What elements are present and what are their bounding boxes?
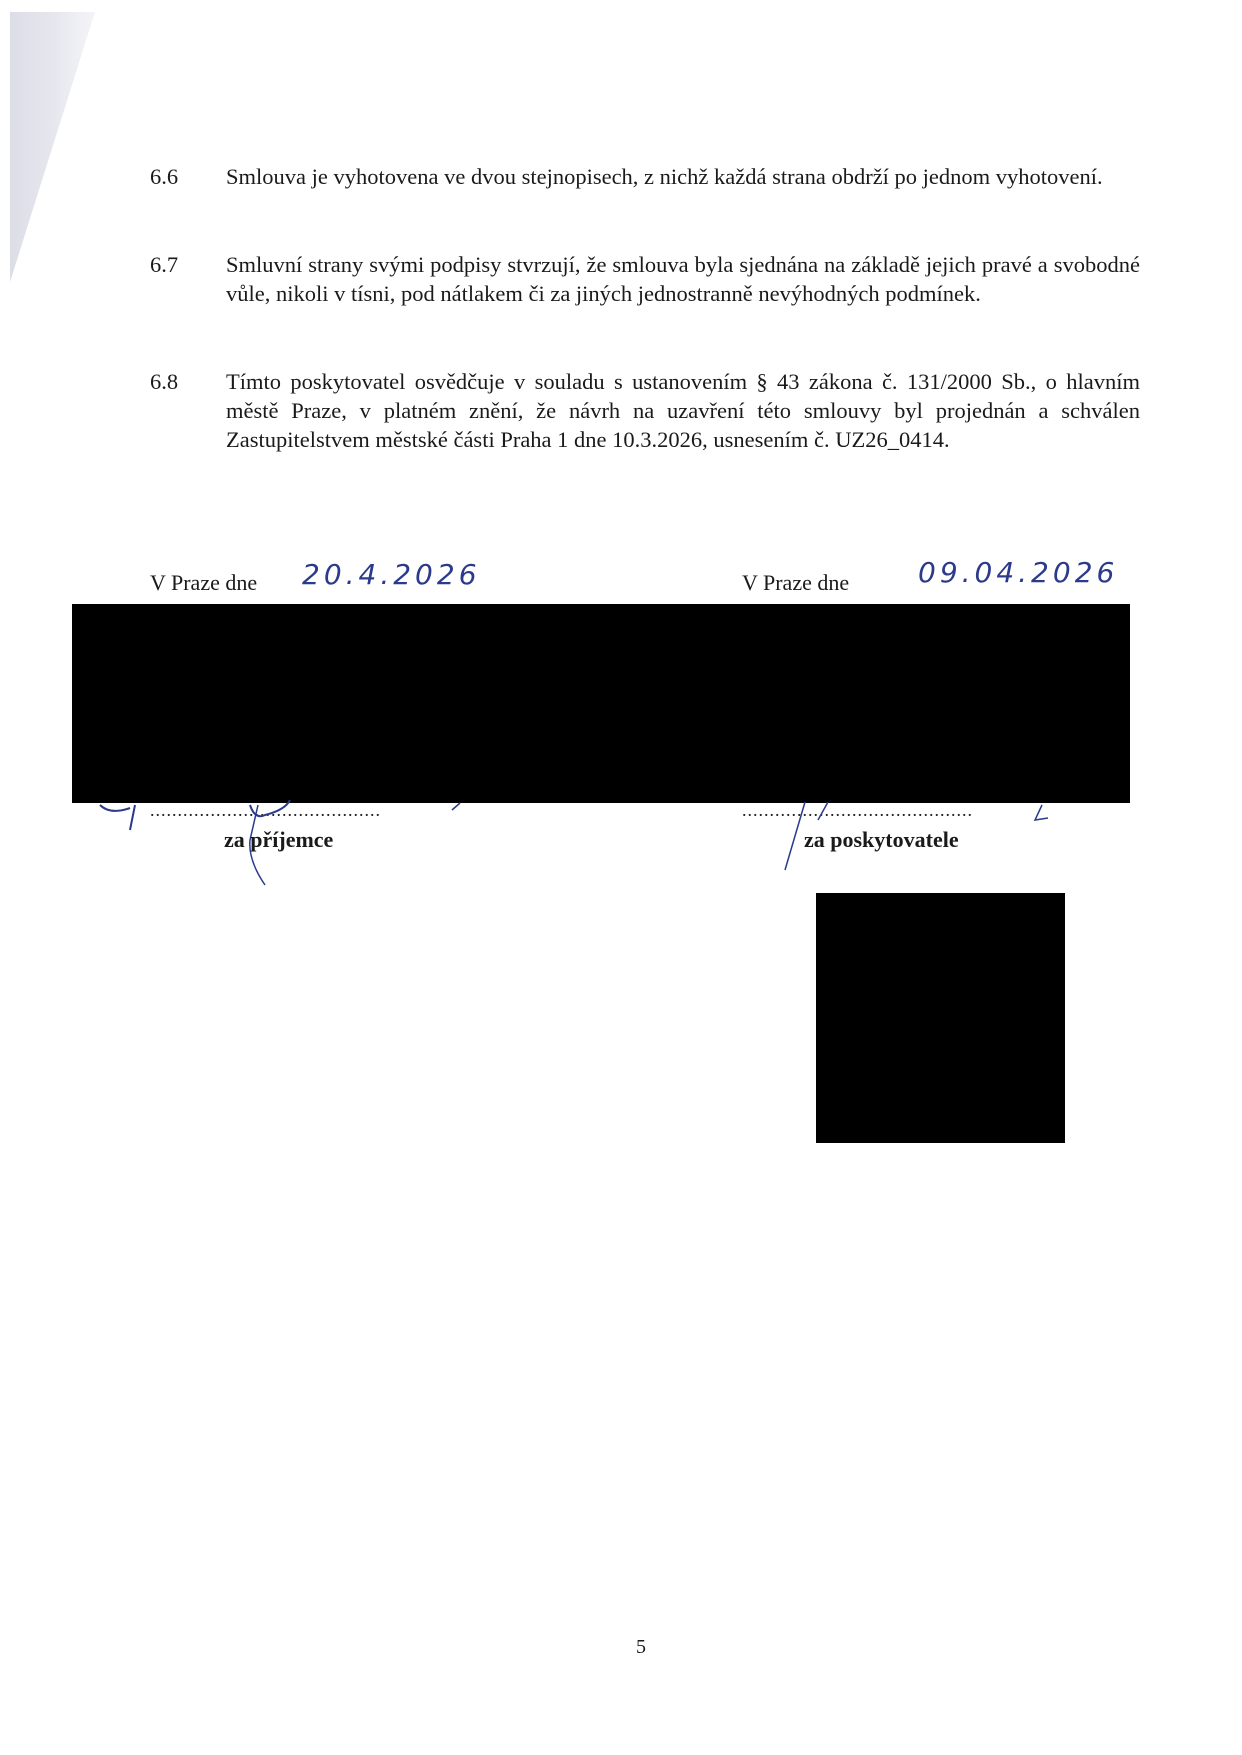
left-role-label: za příjemce bbox=[224, 827, 333, 853]
clause-number: 6.8 bbox=[150, 367, 220, 396]
page-number: 5 bbox=[636, 1636, 646, 1659]
right-role-label: za poskytovatele bbox=[804, 827, 959, 853]
right-handwritten-date: 09.04.2026 bbox=[918, 556, 1118, 589]
clause-number: 6.6 bbox=[150, 162, 220, 191]
clause-text: Tímto poskytovatel osvědčuje v souladu s… bbox=[226, 367, 1140, 454]
clause-6-8: 6.8 Tímto poskytovatel osvědčuje v soula… bbox=[150, 367, 1140, 454]
right-place-label: V Praze dne bbox=[742, 570, 849, 596]
clause-text: Smluvní strany svými podpisy stvrzují, ž… bbox=[226, 250, 1140, 308]
redacted-signature-area bbox=[72, 604, 1130, 803]
clause-text: Smlouva je vyhotovena ve dvou stejnopise… bbox=[226, 162, 1140, 191]
redacted-stamp-area bbox=[816, 893, 1065, 1143]
scan-edge-shadow bbox=[10, 12, 95, 282]
left-place-label: V Praze dne bbox=[150, 570, 257, 596]
clause-6-7: 6.7 Smluvní strany svými podpisy stvrzuj… bbox=[150, 250, 1140, 308]
clause-number: 6.7 bbox=[150, 250, 220, 279]
left-handwritten-date: 20.4.2026 bbox=[302, 558, 481, 591]
clause-6-6: 6.6 Smlouva je vyhotovena ve dvou stejno… bbox=[150, 162, 1140, 191]
